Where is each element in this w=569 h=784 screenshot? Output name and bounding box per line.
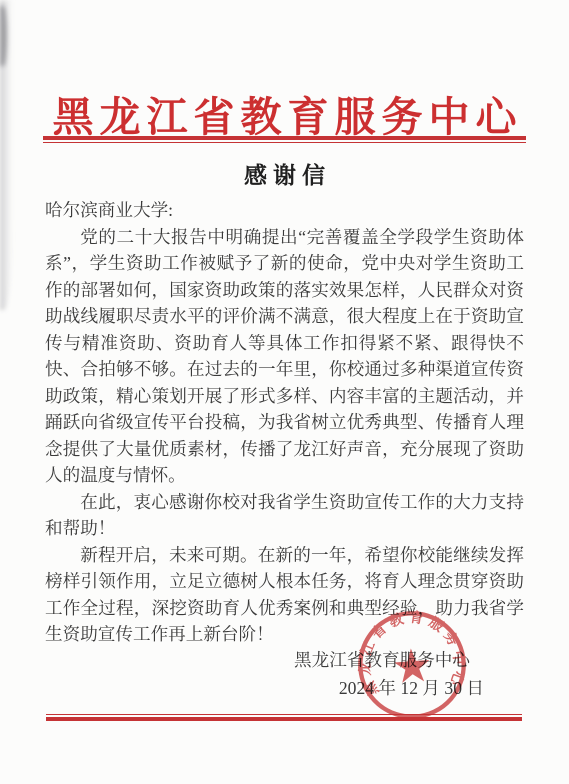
body-paragraph: 在此，衷心感谢你校对我省学生资助宣传工作的大力支持和帮助！ bbox=[45, 489, 524, 542]
letterhead-org-name: 黑龙江省教育服务中心 bbox=[0, 84, 569, 143]
scan-edge-shadow bbox=[0, 0, 13, 310]
letter-body: 哈尔滨商业大学: 党的二十大报告中明确提出“完善覆盖全学段学生资助体系”，学生资… bbox=[45, 197, 524, 648]
body-paragraph: 新程开启，未来可期。在新的一年，希望你校能继续发挥榜样引领作用，立足立德树人根本… bbox=[45, 542, 524, 648]
letterhead-rule bbox=[43, 136, 526, 143]
letter-title: 感谢信 bbox=[0, 157, 569, 190]
footer-rule-thick bbox=[46, 717, 522, 721]
footer-rule bbox=[46, 714, 522, 721]
letter-paragraphs: 党的二十大报告中明确提出“完善覆盖全学段学生资助体系”，学生资助工作被赋予了新的… bbox=[45, 224, 524, 648]
scan-edge-notch bbox=[0, 6, 7, 66]
body-paragraph: 党的二十大报告中明确提出“完善覆盖全学段学生资助体系”，学生资助工作被赋予了新的… bbox=[45, 224, 524, 489]
letter-page: 黑龙江省教育服务中心 感谢信 哈尔滨商业大学: 党的二十大报告中明确提出“完善覆… bbox=[0, 0, 569, 784]
recipient-line: 哈尔滨商业大学: bbox=[45, 197, 524, 224]
letterhead-rule-thin bbox=[43, 142, 526, 143]
signature-date: 2024 年 12 月 30 日 bbox=[294, 674, 484, 702]
signature-org-name: 黑龙江省教育服务中心 bbox=[294, 646, 484, 674]
signature-block: 黑龙江省教育服务中心 2024 年 12 月 30 日 bbox=[294, 646, 484, 702]
